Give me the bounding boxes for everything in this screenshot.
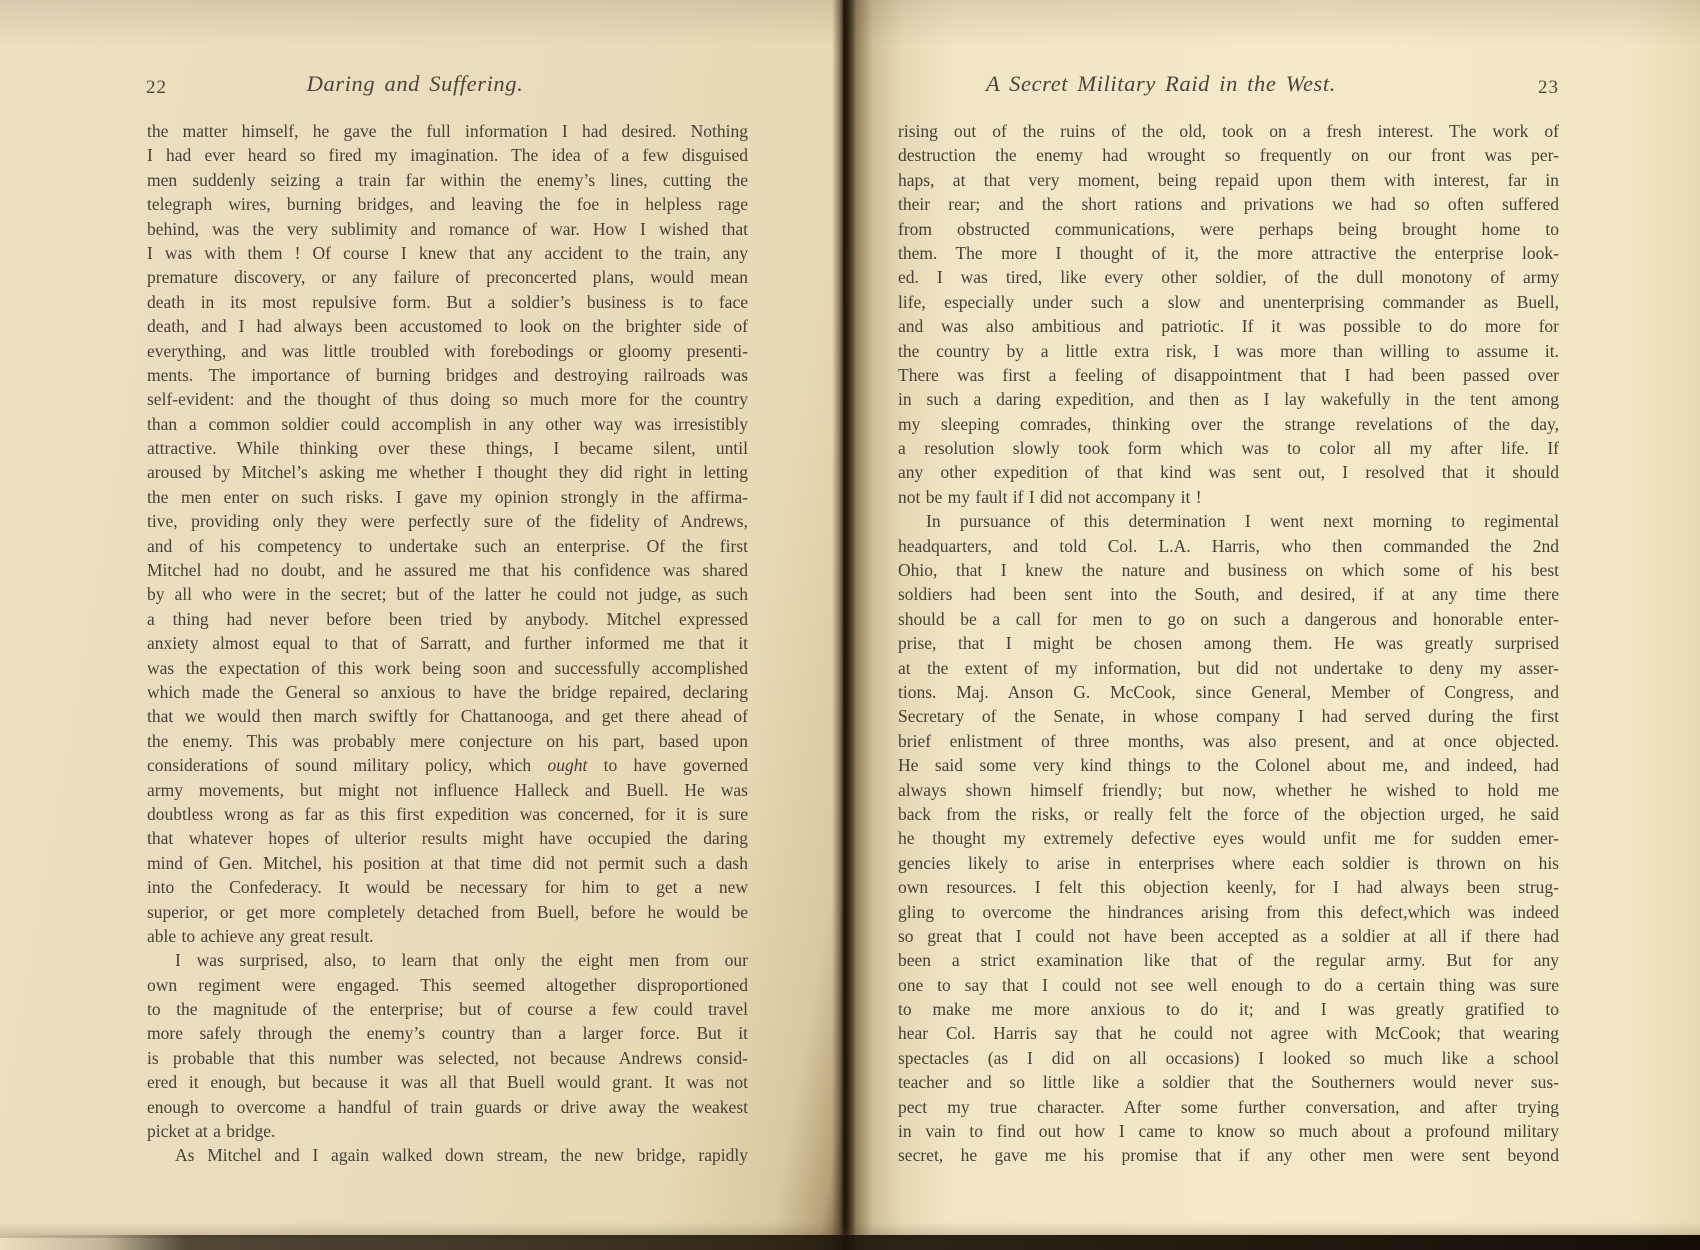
text-line: self-evident: and the thought of thus do… (147, 387, 748, 411)
text-line: into the Confederacy. It would be necess… (147, 875, 748, 899)
text-line: one to say that I could not see well eno… (898, 973, 1559, 997)
text-line: tions. Maj. Anson G. McCook, since Gener… (898, 680, 1559, 704)
text-line: superior, or get more completely detache… (147, 900, 748, 924)
text-line: soldiers had been sent into the South, a… (898, 582, 1559, 606)
text-line: in such a daring expedition, and then as… (898, 387, 1559, 411)
text-line: everything, and was little troubled with… (147, 339, 748, 363)
text-line: anxiety almost equal to that of Sarratt,… (147, 631, 748, 655)
running-head-right: A Secret Military Raid in the West. (986, 71, 1336, 97)
page-number-right: 23 (1538, 77, 1559, 99)
text-line: considerations of sound military policy,… (147, 753, 748, 777)
text-line: spectacles (as I did on all occasions) I… (898, 1046, 1559, 1070)
text-line: gencies likely to arise in enterprises w… (898, 851, 1559, 875)
text-line: so great that I could not have been acce… (898, 924, 1559, 948)
page-number-left: 22 (146, 77, 167, 99)
text-line: them. The more I thought of it, the more… (898, 241, 1559, 265)
text-line: aroused by Mitchel’s asking me whether I… (147, 460, 748, 484)
text-line: to make me more anxious to do it; and I … (898, 997, 1559, 1021)
text-line: to the magnitude of the enterprise; but … (147, 997, 748, 1021)
text-line: gling to overcome the hindrances arising… (898, 900, 1559, 924)
text-line: death in its most repulsive form. But a … (147, 290, 748, 314)
page-body-text-right: rising out of the ruins of the old, took… (898, 119, 1559, 1168)
text-line: that whatever hopes of ulterior results … (147, 826, 748, 850)
text-line: the men enter on such risks. I gave my o… (147, 485, 748, 509)
text-line: that we would then march swiftly for Cha… (147, 704, 748, 728)
text-line: the enemy. This was probably mere conjec… (147, 729, 748, 753)
text-line: at the extent of my information, but did… (898, 656, 1559, 680)
text-line: telegraph wires, burning bridges, and le… (147, 192, 748, 216)
text-line: hear Col. Harris say that he could not a… (898, 1021, 1559, 1045)
text-line: and was also ambitious and patriotic. If… (898, 314, 1559, 338)
page-body-text-left: the matter himself, he gave the full inf… (147, 119, 748, 1168)
text-line: in vain to find out how I came to know s… (898, 1119, 1559, 1143)
text-line: own resources. I felt this objection kee… (898, 875, 1559, 899)
text-line: which made the General so anxious to hav… (147, 680, 748, 704)
text-line: mind of Gen. Mitchel, his position at th… (147, 851, 748, 875)
text-line: haps, at that very moment, being repaid … (898, 168, 1559, 192)
text-line: the matter himself, he gave the full inf… (147, 119, 748, 143)
text-line: Ohio, that I knew the nature and busines… (898, 558, 1559, 582)
text-line: back from the risks, or really felt the … (898, 802, 1559, 826)
text-line: He said some very kind things to the Col… (898, 753, 1559, 777)
text-line: and of his competency to undertake such … (147, 534, 748, 558)
text-line: the country by a little extra risk, I wa… (898, 339, 1559, 363)
text-line: a resolution slowly took form which was … (898, 436, 1559, 460)
text-line: I was with them ! Of course I knew that … (147, 241, 748, 265)
text-line: ered it enough, but because it was all t… (147, 1070, 748, 1094)
text-line: enough to overcome a handful of train gu… (147, 1095, 748, 1119)
text-line: their rear; and the short rations and pr… (898, 192, 1559, 216)
text-line: I had ever heard so fired my imagination… (147, 143, 748, 167)
text-line: attractive. While thinking over these th… (147, 436, 748, 460)
text-line: ed. I was tired, like every other soldie… (898, 265, 1559, 289)
text-line: from obstructed communications, were per… (898, 217, 1559, 241)
text-line: Mitchel had no doubt, and he assured me … (147, 558, 748, 582)
text-line: men suddenly seizing a train far within … (147, 168, 748, 192)
text-line: he thought my extremely defective eyes w… (898, 826, 1559, 850)
running-head-left: Daring and Suffering. (307, 71, 524, 97)
text-line: life, especially under such a slow and u… (898, 290, 1559, 314)
text-line: should be a call for men to go on such a… (898, 607, 1559, 631)
text-line: prise, that I might be chosen among them… (898, 631, 1559, 655)
open-book-scan: 22 Daring and Suffering. A Secret Milita… (0, 0, 1700, 1250)
text-line: any other expedition of that kind was se… (898, 460, 1559, 484)
text-line: able to achieve any great result. (147, 924, 748, 948)
text-line: teacher and so little like a soldier tha… (898, 1070, 1559, 1094)
text-line: As Mitchel and I again walked down strea… (147, 1143, 748, 1167)
text-line: behind, was the very sublimity and roman… (147, 217, 748, 241)
text-line: picket at a bridge. (147, 1119, 748, 1143)
text-line: my sleeping comrades, thinking over the … (898, 412, 1559, 436)
text-line: a thing had never before been tried by a… (147, 607, 748, 631)
text-line: Secretary of the Senate, in whose compan… (898, 704, 1559, 728)
photo-top-vignette (0, 0, 1700, 46)
text-line: tive, providing only they were perfectly… (147, 509, 748, 533)
text-line: In pursuance of this determination I wen… (898, 509, 1559, 533)
text-line: I was surprised, also, to learn that onl… (147, 948, 748, 972)
text-line: own regiment were engaged. This seemed a… (147, 973, 748, 997)
text-line: always shown himself friendly; but now, … (898, 778, 1559, 802)
text-line: headquarters, and told Col. L.A. Harris,… (898, 534, 1559, 558)
text-line: rising out of the ruins of the old, took… (898, 119, 1559, 143)
text-line: premature discovery, or any failure of p… (147, 265, 748, 289)
text-line: ments. The importance of burning bridges… (147, 363, 748, 387)
text-line: doubtless wrong as far as this first exp… (147, 802, 748, 826)
text-line: is probable that this number was selecte… (147, 1046, 748, 1070)
text-line: pect my true character. After some furth… (898, 1095, 1559, 1119)
book-gutter-shadow (832, 0, 856, 1250)
text-line: secret, he gave me his promise that if a… (898, 1143, 1559, 1167)
text-line: destruction the enemy had wrought so fre… (898, 143, 1559, 167)
text-line: by all who were in the secret; but of th… (147, 582, 748, 606)
text-line: not be my fault if I did not accompany i… (898, 485, 1559, 509)
text-line: been a strict examination like that of t… (898, 948, 1559, 972)
text-line: brief enlistment of three months, was al… (898, 729, 1559, 753)
book-bottom-edge (0, 1235, 1700, 1250)
text-line: more safely through the enemy’s country … (147, 1021, 748, 1045)
text-line: was the expectation of this work being s… (147, 656, 748, 680)
text-line: army movements, but might not influence … (147, 778, 748, 802)
text-line: death, and I had always been accustomed … (147, 314, 748, 338)
text-line: There was first a feeling of disappointm… (898, 363, 1559, 387)
text-line: than a common soldier could accomplish i… (147, 412, 748, 436)
